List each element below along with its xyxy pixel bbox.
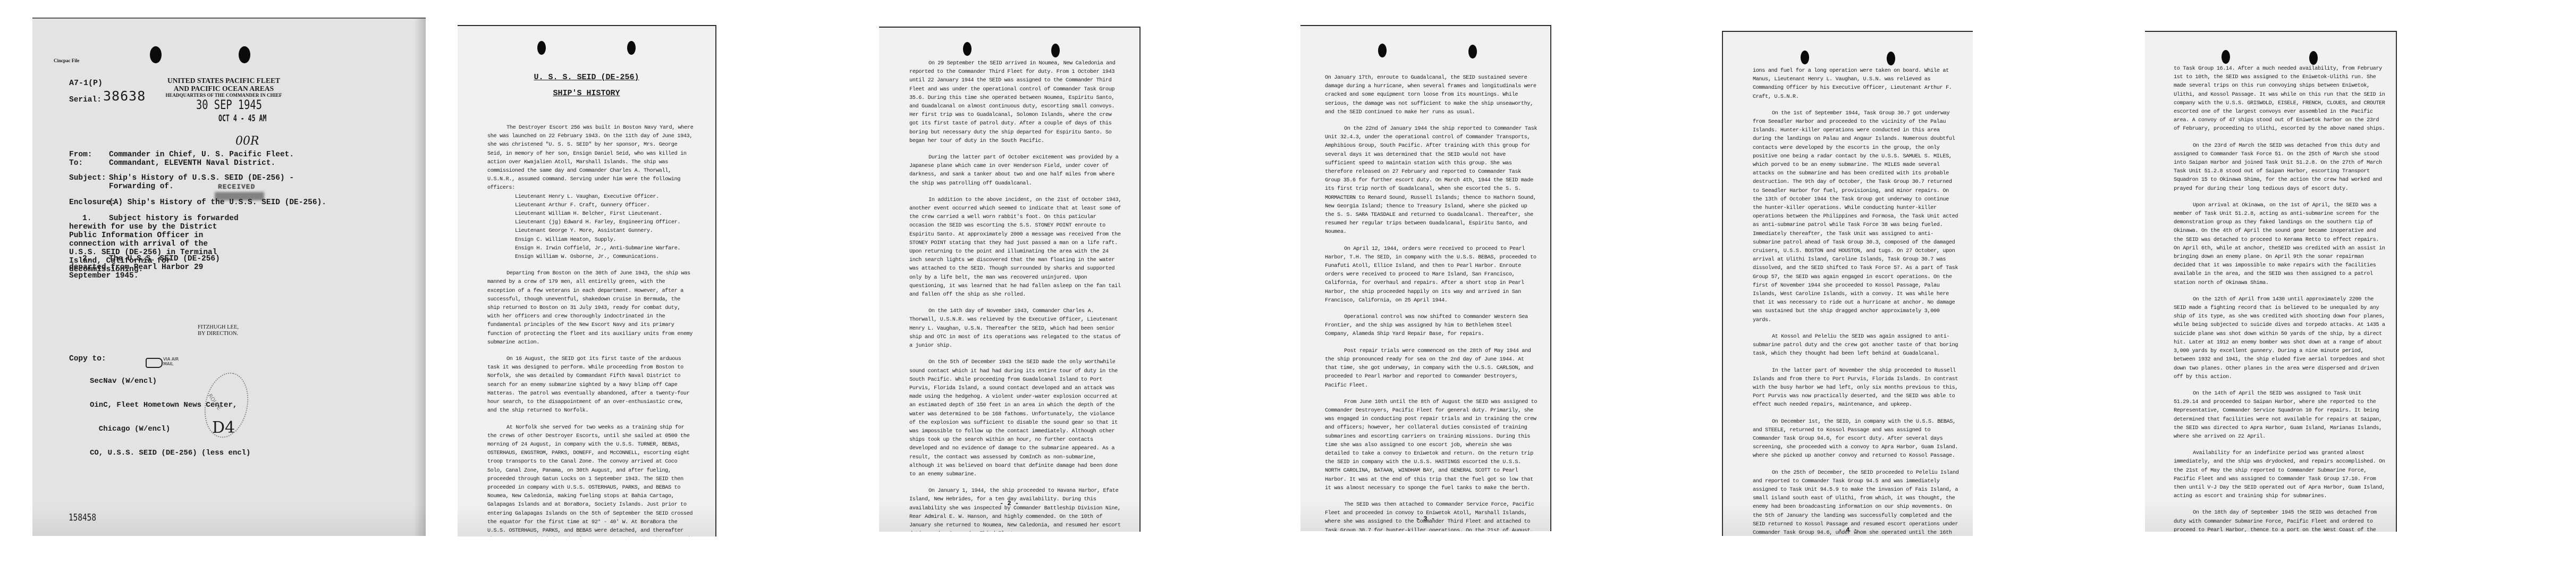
letterhead-line-2: AND PACIFIC OCEAN AREAS bbox=[107, 85, 341, 93]
handwritten-mark: 00R bbox=[235, 135, 259, 148]
subject-value-line-2: Forwarding of. bbox=[109, 182, 174, 191]
history-paragraph: On the 22nd of January 1944 the ship rep… bbox=[1325, 125, 1538, 237]
history-text-page-4: On January 17th, enroute to Guadalcanal,… bbox=[1325, 74, 1538, 531]
punch-hole-right bbox=[1887, 52, 1895, 65]
history-paragraph: Availability for an indefinite period wa… bbox=[2174, 449, 2386, 501]
history-paragraph: On the 23rd of March the SEID was detach… bbox=[2174, 142, 2386, 194]
signature-line-1: FITZHUGH LEE, bbox=[198, 324, 239, 330]
punch-hole-right bbox=[2309, 51, 2318, 65]
history-paragraph: On the 18th day of September 1945 the SE… bbox=[2174, 509, 2386, 532]
via-air-mail-stamp: VIA AIR MAIL bbox=[163, 357, 182, 366]
history-paragraph: On December 1st, the SEID, in company wi… bbox=[1753, 418, 1960, 461]
officer-list: Lieutenant Henry L. Vaughan, Executive O… bbox=[515, 193, 694, 262]
punch-hole-left bbox=[150, 46, 162, 63]
history-paragraph: On the 12th of April from 1430 until app… bbox=[2174, 296, 2386, 382]
lead-paragraph: On January 17th, enroute to Guadalcanal,… bbox=[1325, 74, 1538, 117]
punch-hole-left bbox=[2222, 50, 2230, 64]
paragraph-2: The U.S.S. SEID (DE-256) departed from P… bbox=[69, 255, 239, 280]
punch-hole-left bbox=[1801, 51, 1809, 64]
page-5-ships-history: ions and fuel for a long operation were … bbox=[1722, 31, 1973, 536]
lead-paragraph: to Task Group 16.14. After a much needed… bbox=[2174, 65, 2386, 134]
subject-value-line-1: Ship's History of U.S.S. SEID (DE-256) - bbox=[109, 174, 294, 182]
punch-hole-right bbox=[239, 46, 250, 63]
history-paragraph: On the 1st of September 1944, Task Group… bbox=[1753, 110, 1960, 325]
document-number: 158458 bbox=[69, 512, 96, 523]
officer-item: Lieutenant (jg) Edward H. Farley, Engine… bbox=[515, 219, 694, 227]
punch-hole-right bbox=[1051, 44, 1060, 57]
page-2-ships-history: U. S. S. SEID (DE-256) SHIP'S HISTORY Th… bbox=[458, 25, 716, 536]
history-paragraph: Operational control was now shifted to C… bbox=[1325, 313, 1538, 339]
lead-paragraph: ions and fuel for a long operation were … bbox=[1753, 67, 1960, 102]
punch-hole-right bbox=[627, 41, 636, 55]
file-code: A7-1(P) bbox=[69, 79, 103, 88]
officer-item: Ensign William W. Osborne, Jr., Communic… bbox=[515, 253, 694, 262]
received-stamp-block: RECEIVED bbox=[218, 183, 255, 191]
from-value: Commander in Chief, U. S. Pacific Fleet. bbox=[109, 150, 294, 159]
paragraph-2-text: The U.S.S. SEID (DE-256) departed from P… bbox=[69, 255, 220, 280]
from-label: From: bbox=[69, 150, 92, 159]
history-text-page-2: The Destroyer Escort 256 was built in Bo… bbox=[487, 124, 694, 536]
officer-item: Lieutenant George Y. More, Assistant Gun… bbox=[515, 227, 694, 236]
history-paragraph: In addition to the above incident, on th… bbox=[909, 196, 1123, 299]
history-paragraph: Post repair trials were commenced on the… bbox=[1325, 347, 1538, 390]
page-3-ships-history: On 29 September the SEID arrived in Noum… bbox=[879, 27, 1141, 532]
letterhead-line-1: UNITED STATES PACIFIC FLEET bbox=[107, 77, 341, 85]
history-text-page-6: to Task Group 16.14. After a much needed… bbox=[2174, 65, 2386, 532]
history-paragraph: At Kossol and Peleliu the SEID was again… bbox=[1753, 333, 1960, 359]
to-label: To: bbox=[69, 159, 83, 167]
history-paragraph: In the latter part of November the ship … bbox=[1753, 367, 1960, 410]
intro-paragraph: The Destroyer Escort 256 was built in Bo… bbox=[487, 124, 694, 193]
history-paragraph: On the 14th of April the SEID was assign… bbox=[2174, 390, 2386, 441]
page-number: - 3 - bbox=[1300, 515, 1550, 523]
pointing-hand-stamp-icon bbox=[146, 358, 163, 368]
officer-item: Lieutenant Henry L. Vaughan, Executive O… bbox=[515, 193, 694, 202]
history-paragraph: From June 10th until the 8th of August t… bbox=[1325, 398, 1538, 493]
page-number: - 4 - bbox=[1723, 526, 1973, 534]
enclosure-label: Enclosure: bbox=[69, 198, 115, 207]
ship-name-heading: U. S. S. SEID (DE-256) bbox=[458, 73, 715, 82]
punch-hole-left bbox=[963, 42, 972, 56]
history-paragraph: During the latter part of October excite… bbox=[909, 154, 1123, 188]
history-text-page-3: On 29 September the SEID arrived in Noum… bbox=[909, 60, 1123, 532]
route-handwriting: D4 bbox=[212, 418, 235, 437]
page-6-ships-history: to Task Group 16.14. After a much needed… bbox=[2145, 31, 2397, 532]
cincpac-file-label: Cincpac File bbox=[54, 58, 79, 63]
history-paragraph: Upon arrival at Okinawa, on the 1st of A… bbox=[2174, 202, 2386, 288]
enclosure-value: (A) Ship's History of the U.S.S. SEID (D… bbox=[109, 198, 326, 207]
signature-line-2: BY DIRECTION. bbox=[198, 331, 238, 337]
history-paragraph: On April 12, 1944, orders were received … bbox=[1325, 245, 1538, 305]
history-paragraph: On the 14th day of November 1943, Comman… bbox=[909, 307, 1123, 350]
history-text-page-5: ions and fuel for a long operation were … bbox=[1753, 67, 1960, 536]
ships-history-heading: SHIP'S HISTORY bbox=[458, 89, 715, 98]
punch-hole-left bbox=[1378, 44, 1387, 57]
subject-label: Subject: bbox=[69, 174, 106, 182]
page-1-cover-letter: Cincpac File A7-1(P) Serial: 38638 UNITE… bbox=[32, 18, 426, 536]
officer-item: Ensign C. William Heaton, Supply. bbox=[515, 236, 694, 245]
copy-to-item: CO, U.S.S. SEID (DE-256) (less encl) bbox=[90, 449, 250, 457]
to-value: Commandant, ELEVENTH Naval District. bbox=[109, 159, 275, 167]
officer-item: Ensign H. Irwin Coffield, Jr., Anti-Subm… bbox=[515, 245, 694, 253]
date-stamp: 30 SEP 1945 bbox=[196, 97, 262, 112]
page-number: - 2 - bbox=[879, 500, 1139, 507]
history-paragraph: At Norfolk she served for two weeks as a… bbox=[487, 424, 694, 537]
punch-hole-right bbox=[1468, 45, 1477, 58]
officer-item: Lieutenant Arthur F. Craft, Gunnery Offi… bbox=[515, 202, 694, 210]
history-paragraph: On the 5th of December 1943 the SEID mad… bbox=[909, 358, 1123, 479]
history-paragraph: Departing from Boston on the 30th of Jun… bbox=[487, 270, 694, 347]
punch-hole-left bbox=[537, 41, 546, 55]
history-paragraph: On January 1, 1944, the ship proceeded t… bbox=[909, 487, 1123, 532]
history-paragraph: On 16 August, the SEID got its first tas… bbox=[487, 355, 694, 415]
history-paragraph: On 29 September the SEID arrived in Noum… bbox=[909, 60, 1123, 146]
officer-item: Lieutenant William H. Belcher, First Lie… bbox=[515, 210, 694, 219]
page-4-ships-history: On January 17th, enroute to Guadalcanal,… bbox=[1300, 25, 1551, 531]
serial-label: Serial: bbox=[69, 96, 102, 104]
received-time-stamp: OCT 4 - 45 AM bbox=[218, 113, 266, 124]
